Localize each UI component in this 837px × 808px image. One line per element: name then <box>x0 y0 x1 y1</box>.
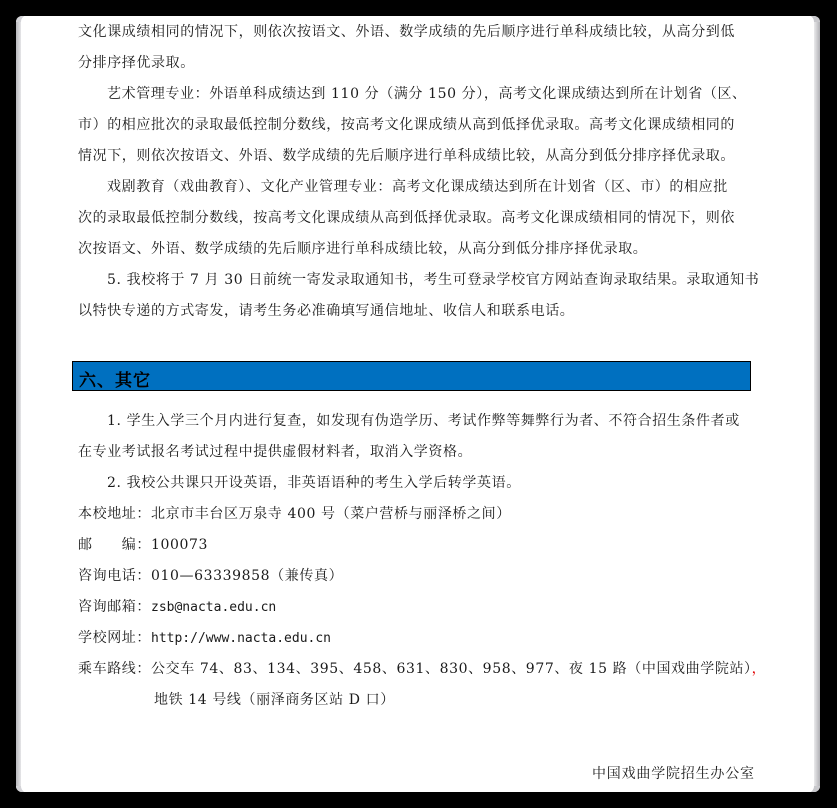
text-line: 分排序择优录取。 <box>78 48 759 79</box>
document-page: 文化课成绩相同的情况下，则依次按语文、外语、数学成绩的先后顺序进行单科成绩比较，… <box>16 16 820 792</box>
route-subway-row: 地铁 14 号线（丽泽商务区站 D 口） <box>78 685 766 716</box>
text-line: 以特快专递的方式寄发，请考生务必准确填写通信地址、收信人和联系电话。 <box>78 296 759 327</box>
admission-rules-continued: 文化课成绩相同的情况下，则依次按语文、外语、数学成绩的先后顺序进行单科成绩比较，… <box>78 17 759 327</box>
route-bus-trailing-comma: ， <box>752 661 767 677</box>
text-line: 次按语文、外语、数学成绩的先后顺序进行单科成绩比较，从高分到低分排序择优录取。 <box>78 234 759 265</box>
phone-row: 咨询电话：010—63339858（兼传真） <box>78 561 766 592</box>
address-value: 北京市丰台区万泉寺 400 号（菜户营桥与丽泽桥之间） <box>151 506 511 522</box>
signature: 中国戏曲学院招生办公室 <box>592 763 755 783</box>
website-row: 学校网址：http://www.nacta.edu.cn <box>78 623 766 654</box>
route-subway: 地铁 14 号线（丽泽商务区站 D 口） <box>154 692 395 708</box>
postcode-label: 邮 编： <box>78 537 151 553</box>
text-line: 戏剧教育（戏曲教育）、文化产业管理专业：高考文化课成绩达到所在计划省（区、市）的… <box>78 172 759 203</box>
route-label: 乘车路线： <box>78 661 151 677</box>
paragraph-drama-education: 戏剧教育（戏曲教育）、文化产业管理专业：高考文化课成绩达到所在计划省（区、市）的… <box>78 172 759 265</box>
other-section-body: 1. 学生入学三个月内进行复查，如发现有伪造学历、考试作弊等舞弊行为者、不符合招… <box>78 406 740 499</box>
text-line: 市）的相应批次的录取最低控制分数线，按高考文化课成绩从高到低择优录取。高考文化课… <box>78 110 759 141</box>
text-line: 文化课成绩相同的情况下，则依次按语文、外语、数学成绩的先后顺序进行单科成绩比较，… <box>78 17 759 48</box>
paragraph-tie-break: 文化课成绩相同的情况下，则依次按语文、外语、数学成绩的先后顺序进行单科成绩比较，… <box>78 17 759 79</box>
email-row: 咨询邮箱：zsb@nacta.edu.cn <box>78 592 766 623</box>
email-label: 咨询邮箱： <box>78 599 151 615</box>
paragraph-admission-notice: 5. 我校将于 7 月 30 日前统一寄发录取通知书，考生可登录学校官方网站查询… <box>78 265 759 327</box>
text-line: 5. 我校将于 7 月 30 日前统一寄发录取通知书，考生可登录学校官方网站查询… <box>78 265 759 296</box>
address-row: 本校地址：北京市丰台区万泉寺 400 号（菜户营桥与丽泽桥之间） <box>78 499 766 530</box>
text-line: 次的录取最低控制分数线，按高考文化课成绩从高到低择优录取。高考文化课成绩相同的情… <box>78 203 759 234</box>
text-line: 2. 我校公共课只开设英语，非英语语种的考生入学后转学英语。 <box>78 468 740 499</box>
postcode-value: 100073 <box>151 537 208 553</box>
text-line: 在专业考试报名考试过程中提供虚假材料者，取消入学资格。 <box>78 437 740 468</box>
page-edge-left <box>16 22 21 786</box>
text-line: 艺术管理专业：外语单科成绩达到 110 分（满分 150 分），高考文化课成绩达… <box>78 79 759 110</box>
phone-value: 010—63339858（兼传真） <box>151 568 343 584</box>
website-value: http://www.nacta.edu.cn <box>151 631 331 646</box>
section-title: 六、其它 <box>79 366 151 391</box>
paragraph-review: 1. 学生入学三个月内进行复查，如发现有伪造学历、考试作弊等舞弊行为者、不符合招… <box>78 406 740 468</box>
text-line: 情况下，则依次按语文、外语、数学成绩的先后顺序进行单科成绩比较，从高分到低分排序… <box>78 141 759 172</box>
address-label: 本校地址： <box>78 506 151 522</box>
email-value: zsb@nacta.edu.cn <box>151 600 276 615</box>
website-label: 学校网址： <box>78 630 151 646</box>
text-line: 1. 学生入学三个月内进行复查，如发现有伪造学历、考试作弊等舞弊行为者、不符合招… <box>78 406 740 437</box>
route-row: 乘车路线：公交车 74、83、134、395、458、631、830、958、9… <box>78 654 766 685</box>
contact-info: 本校地址：北京市丰台区万泉寺 400 号（菜户营桥与丽泽桥之间） 邮 编：100… <box>78 499 766 716</box>
section-header-other: 六、其它 <box>72 361 751 391</box>
page-edge-right <box>814 22 820 786</box>
paragraph-english: 2. 我校公共课只开设英语，非英语语种的考生入学后转学英语。 <box>78 468 740 499</box>
phone-label: 咨询电话： <box>78 568 151 584</box>
paragraph-arts-management: 艺术管理专业：外语单科成绩达到 110 分（满分 150 分），高考文化课成绩达… <box>78 79 759 172</box>
route-bus: 公交车 74、83、134、395、458、631、830、958、977、夜 … <box>151 661 752 677</box>
postcode-row: 邮 编：100073 <box>78 530 766 561</box>
